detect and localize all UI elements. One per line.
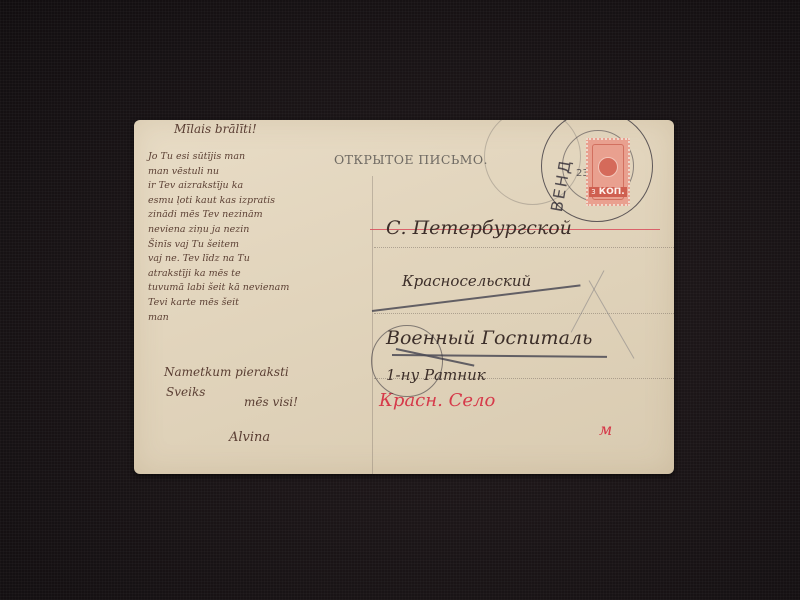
- message-line: tuvumā labi šeit kā nevienam: [148, 281, 289, 296]
- message-greeting: Mīlais brālīti!: [174, 122, 257, 136]
- address-line-city: С. Петербургской: [386, 217, 572, 239]
- message-line: atrakstīji ka mēs te: [148, 267, 289, 282]
- postcard-header: ОТКРЫТОЕ ПИСЬМО.: [334, 152, 488, 167]
- message-line: man: [148, 311, 289, 326]
- double-headed-eagle-icon: [598, 157, 618, 177]
- message-line: Jo Tu esi sūtījis man: [148, 150, 289, 165]
- stamp-design: 3 КОП.: [592, 144, 624, 200]
- message-line: man vēstuli nu: [148, 165, 289, 180]
- pencil-mark: [589, 280, 635, 358]
- closing-line: Nametkum pieraksti: [164, 362, 298, 382]
- message-line: ir Tev aizrakstīju ka: [148, 179, 289, 194]
- message-line: neviena ziņu ja nezin: [148, 223, 289, 238]
- message-line: zinādi mēs Tev nezinām: [148, 208, 289, 223]
- arrival-postmark: [371, 325, 443, 397]
- message-closing: Nametkum pieraksti Sveiks mēs visi!: [164, 362, 298, 412]
- address-line-2: [374, 313, 674, 314]
- message-body: Jo Tu esi sūtījis man man vēstuli nu ir …: [148, 150, 289, 325]
- message-line: Tevi karte mēs šeit: [148, 296, 289, 311]
- address-line-district: Красносельский: [402, 272, 531, 290]
- stamp-value: 3 КОП.: [589, 187, 626, 197]
- stamp-value-number: 3: [591, 188, 595, 196]
- closing-line: mēs visi!: [244, 392, 298, 412]
- postcard: ОТКРЫТОЕ ПИСЬМО. Mīlais brālīti! Jo Tu e…: [134, 120, 674, 474]
- address-line-1: [374, 247, 674, 248]
- postage-stamp: 3 КОП.: [586, 138, 630, 206]
- pencil-mark: [571, 270, 605, 332]
- address-divider: [372, 176, 373, 474]
- message-line: Šinīs vaj Tu šeitem: [148, 238, 289, 253]
- message-line: vaj ne. Tev līdz na Tu: [148, 252, 289, 267]
- message-line: esmu ļoti kaut kas izpratis: [148, 194, 289, 209]
- stamp-denomination: КОП.: [599, 187, 625, 197]
- signature: Alvina: [229, 430, 270, 445]
- red-annotation-mark: м: [599, 420, 612, 439]
